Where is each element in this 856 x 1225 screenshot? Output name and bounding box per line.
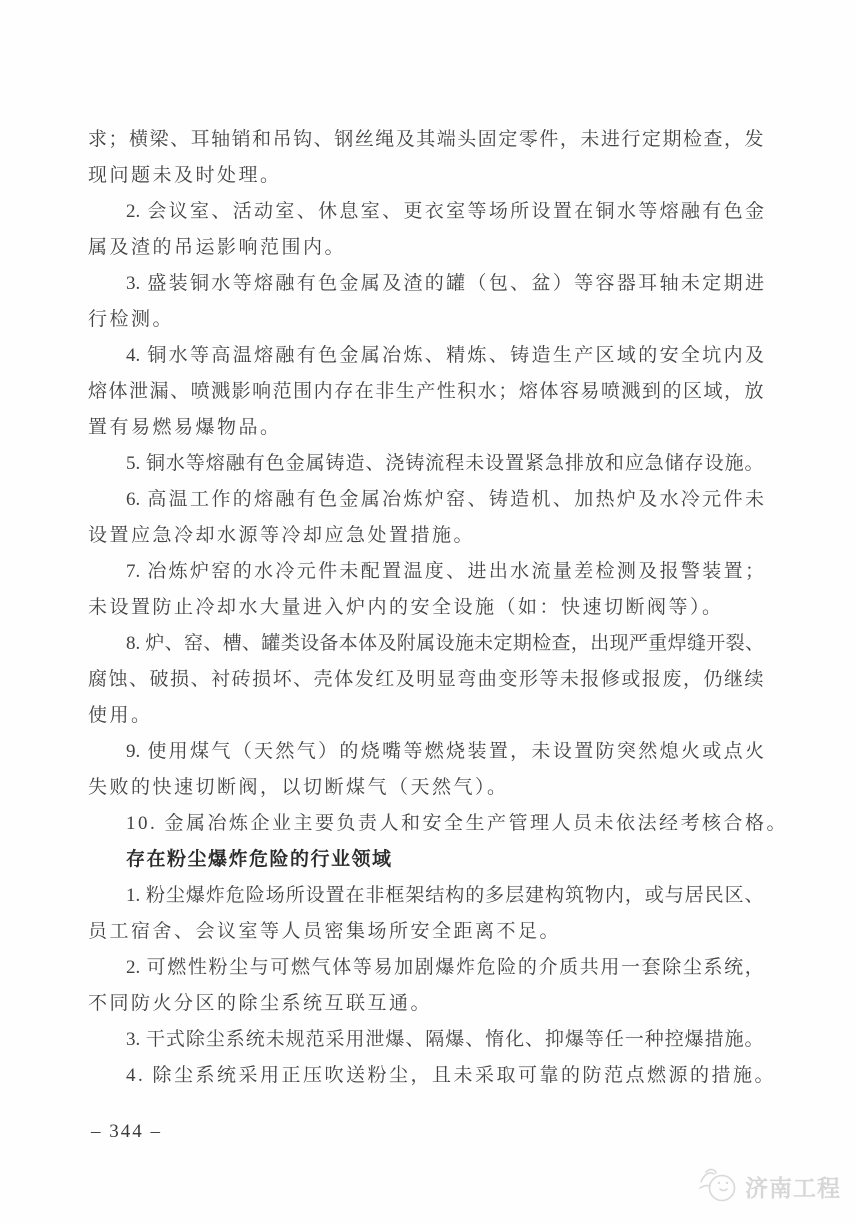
section-heading: 存在粉尘爆炸危险的行业领域 xyxy=(88,842,764,878)
document-page: { "page": { "background": "#fefefe", "te… xyxy=(0,0,856,1225)
text-line: 6. 高温工作的熔融有色金属冶炼炉窑、铸造机、加热炉及水冷元件未 xyxy=(88,482,764,518)
text-line: 10. 金属冶炼企业主要负责人和安全生产管理人员未依法经考核合格。 xyxy=(88,806,764,842)
text-line: 1. 粉尘爆炸危险场所设置在非框架结构的多层建构筑物内，或与居民区、 xyxy=(88,878,764,914)
text-line: 腐蚀、破损、衬砖损坏、壳体发红及明显弯曲变形等未报修或报废，仍继续 xyxy=(88,662,764,698)
text-line: 7. 冶炼炉窑的水冷元件未配置温度、进出水流量差检测及报警装置； xyxy=(88,554,764,590)
watermark: 济南工程 xyxy=(698,1166,841,1206)
text-line: 行检测。 xyxy=(88,302,764,338)
text-line: 3. 盛装铜水等熔融有色金属及渣的罐（包、盆）等容器耳轴未定期进 xyxy=(88,266,764,302)
text-line: 未设置防止冷却水大量进入炉内的安全设施（如：快速切断阀等）。 xyxy=(88,590,764,626)
text-line: 9. 使用煤气（天然气）的烧嘴等燃烧装置，未设置防突然熄火或点火 xyxy=(88,734,764,770)
watermark-text: 济南工程 xyxy=(745,1170,841,1203)
text-line: 置有易燃易爆物品。 xyxy=(88,410,764,446)
text-line: 不同防火分区的除尘系统互联互通。 xyxy=(88,986,764,1022)
text-line: 现问题未及时处理。 xyxy=(88,158,764,194)
mascot-icon xyxy=(698,1166,740,1206)
text-line: 属及渣的吊运影响范围内。 xyxy=(88,230,764,266)
text-line: 8. 炉、窑、槽、罐类设备本体及附属设施未定期检查，出现严重焊缝开裂、 xyxy=(88,626,764,662)
text-line: 失败的快速切断阀，以切断煤气（天然气）。 xyxy=(88,770,764,806)
text-line: 熔体泄漏、喷溅影响范围内存在非生产性积水；熔体容易喷溅到的区域，放 xyxy=(88,374,764,410)
text-line: 使用。 xyxy=(88,698,764,734)
text-line: 4. 铜水等高温熔融有色金属冶炼、精炼、铸造生产区域的安全坑内及 xyxy=(88,338,764,374)
text-line: 5. 铜水等熔融有色金属铸造、浇铸流程未设置紧急排放和应急储存设施。 xyxy=(88,446,764,482)
text-line: 4. 除尘系统采用正压吹送粉尘，且未采取可靠的防范点燃源的措施。 xyxy=(88,1058,764,1094)
text-line: 2. 可燃性粉尘与可燃气体等易加剧爆炸危险的介质共用一套除尘系统， xyxy=(88,950,764,986)
text-line: 求；横梁、耳轴销和吊钩、钢丝绳及其端头固定零件，未进行定期检查，发 xyxy=(88,122,764,158)
text-line: 设置应急冷却水源等冷却应急处置措施。 xyxy=(88,518,764,554)
text-line: 员工宿舍、会议室等人员密集场所安全距离不足。 xyxy=(88,914,764,950)
text-line: 3. 干式除尘系统未规范采用泄爆、隔爆、惰化、抑爆等任一种控爆措施。 xyxy=(88,1022,764,1058)
page-number: – 344 – xyxy=(91,1121,162,1143)
text-line: 2. 会议室、活动室、休息室、更衣室等场所设置在铜水等熔融有色金 xyxy=(88,194,764,230)
text-block: 求；横梁、耳轴销和吊钩、钢丝绳及其端头固定零件，未进行定期检查，发现问题未及时处… xyxy=(88,122,764,1094)
